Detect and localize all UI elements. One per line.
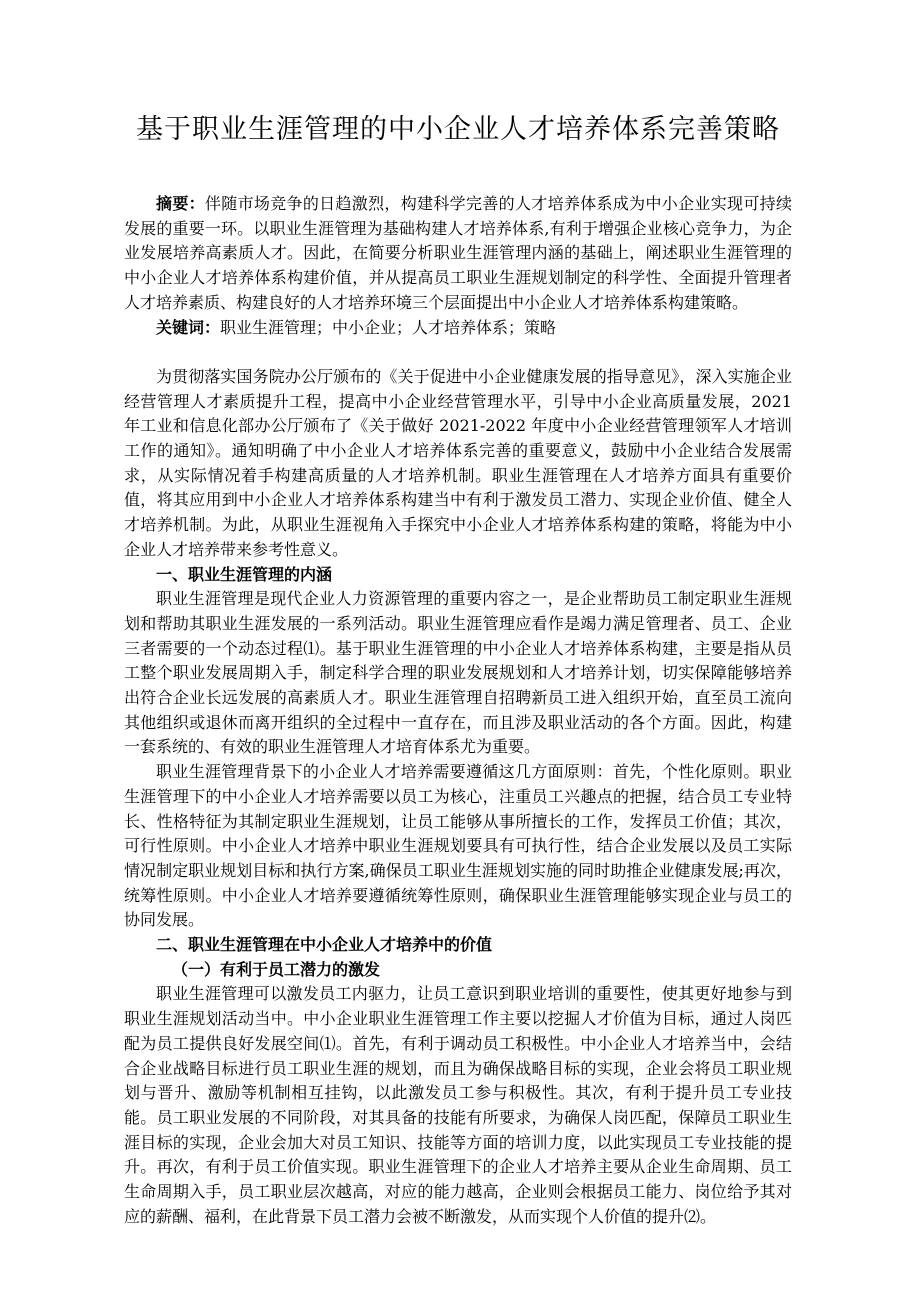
- keywords-label: 关键词：: [156, 318, 220, 337]
- document-title: 基于职业生涯管理的中小企业人才培养体系完善策略: [124, 112, 792, 148]
- body-paragraph: 职业生涯管理背景下的小企业人才培养需要遵循这几方面原则：首先，个性化原则。职业生…: [124, 760, 792, 933]
- body-paragraph: 职业生涯管理可以激发员工内驱力，让员工意识到职业培训的重要性，使其更好地参与到职…: [124, 982, 792, 1229]
- body-paragraph: 为贯彻落实国务院办公厅颁布的《关于促进中小企业健康发展的指导意见》，深入实施企业…: [124, 365, 792, 563]
- section-heading: 一、职业生涯管理的内涵: [124, 563, 792, 588]
- document-content: 基于职业生涯管理的中小企业人才培养体系完善策略 摘要：伴随市场竞争的日趋激烈，构…: [124, 112, 792, 1230]
- body-paragraph: 职业生涯管理是现代企业人力资源管理的重要内容之一，是企业帮助员工制定职业生涯规划…: [124, 587, 792, 760]
- section-heading: 二、职业生涯管理在中小企业人才培养中的价值: [124, 933, 792, 958]
- document-body: 为贯彻落实国务院办公厅颁布的《关于促进中小企业健康发展的指导意见》，深入实施企业…: [124, 365, 792, 1230]
- abstract-label: 摘要：: [156, 194, 205, 213]
- document-page: 基于职业生涯管理的中小企业人才培养体系完善策略 摘要：伴随市场竞争的日趋激烈，构…: [0, 0, 920, 1301]
- sub-section-heading: （一）有利于员工潜力的激发: [124, 958, 792, 983]
- abstract-text: 伴随市场竞争的日趋激烈，构建科学完善的人才培养体系成为中小企业实现可持续发展的重…: [124, 194, 792, 312]
- keywords-text: 职业生涯管理；中小企业；人才培养体系；策略: [220, 318, 556, 337]
- abstract-paragraph: 摘要：伴随市场竞争的日趋激烈，构建科学完善的人才培养体系成为中小企业实现可持续发…: [124, 192, 792, 316]
- keywords-paragraph: 关键词：职业生涯管理；中小企业；人才培养体系；策略: [124, 316, 792, 341]
